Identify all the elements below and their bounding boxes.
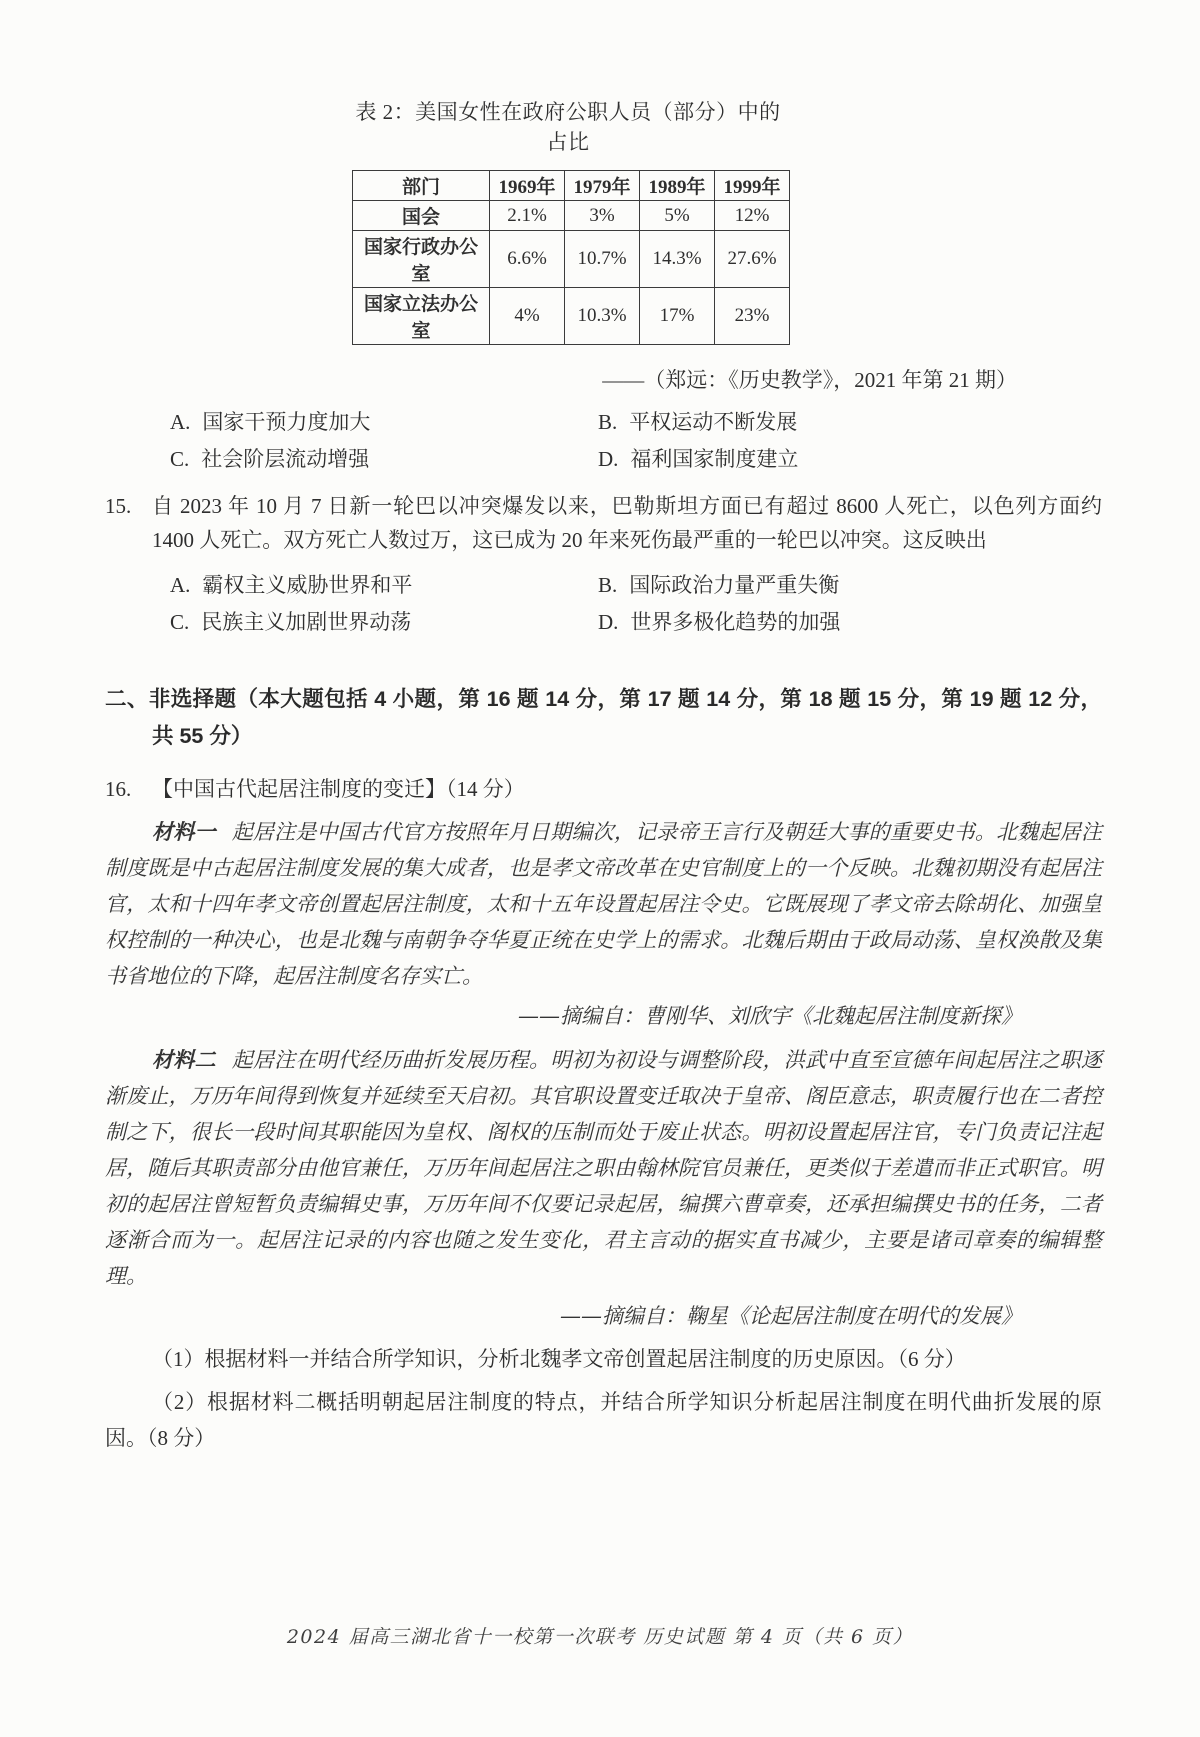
option-text: 国家干预力度加大: [202, 409, 370, 435]
option-text: 民族主义加剧世界动荡: [201, 609, 411, 635]
table-cell-label: 国家立法办公室: [353, 288, 490, 345]
q15-option-b: B. 国际政治力量严重失衡: [598, 572, 839, 598]
table-row: 国家行政办公室 6.6% 10.7% 14.3% 27.6%: [353, 231, 790, 288]
option-key: B.: [598, 572, 617, 598]
table-cell: 2.1%: [490, 201, 565, 231]
table-cell: 3%: [565, 201, 640, 231]
q14-options-row-cd: C. 社会阶层流动增强 D. 福利国家制度建立: [170, 446, 1102, 472]
table-cell: 27.6%: [715, 231, 790, 288]
q14-option-b: B. 平权运动不断发展: [598, 409, 797, 435]
table-header-dept: 部门: [353, 171, 490, 201]
question-15: 15. 自 2023 年 10 月 7 日新一轮巴以冲突爆发以来，巴勒斯坦方面已…: [105, 489, 1102, 557]
q14-option-c: C. 社会阶层流动增强: [170, 446, 598, 472]
option-key: B.: [598, 409, 617, 435]
q14-option-a: A. 国家干预力度加大: [170, 409, 598, 435]
q14-option-d: D. 福利国家制度建立: [598, 446, 798, 472]
material-1-paragraph: 材料一起居注是中国古代官方按照年月日期编次，记录帝王言行及朝廷大事的重要史书。北…: [105, 814, 1102, 994]
q15-option-a: A. 霸权主义威胁世界和平: [170, 572, 598, 598]
material-1-source-citation: ——摘编自：曹刚华、刘欣宇《北魏起居注制度新探》: [105, 998, 1102, 1034]
option-text: 社会阶层流动增强: [201, 446, 369, 472]
table-cell: 6.6%: [490, 231, 565, 288]
sub-question-2: （2）根据材料二概括明朝起居注制度的特点，并结合所学知识分析起居注制度在明代曲折…: [105, 1384, 1102, 1456]
option-key: A.: [170, 572, 190, 598]
material-2-paragraph: 材料二起居注在明代经历曲折发展历程。明初为初设与调整阶段，洪武中直至宣德年间起居…: [105, 1042, 1102, 1294]
option-key: D.: [598, 609, 618, 635]
table-cell: 17%: [640, 288, 715, 345]
material-2-text: 起居注在明代经历曲折发展历程。明初为初设与调整阶段，洪武中直至宣德年间起居注之职…: [105, 1048, 1102, 1288]
option-key: A.: [170, 409, 190, 435]
section-2-header: 二、非选择题（本大题包括 4 小题，第 16 题 14 分，第 17 题 14 …: [105, 681, 1102, 755]
table-cell: 10.3%: [565, 288, 640, 345]
table-cell-label: 国家行政办公室: [353, 231, 490, 288]
q15-options-row-ab: A. 霸权主义威胁世界和平 B. 国际政治力量严重失衡: [170, 572, 1102, 598]
option-text: 国际政治力量严重失衡: [629, 572, 839, 598]
option-text: 平权运动不断发展: [629, 409, 797, 435]
option-key: D.: [598, 446, 618, 472]
q15-options-row-cd: C. 民族主义加剧世界动荡 D. 世界多极化趋势的加强: [170, 609, 1102, 635]
material-2-label: 材料二: [152, 1047, 216, 1072]
option-text: 霸权主义威胁世界和平: [202, 572, 412, 598]
question-text: 自 2023 年 10 月 7 日新一轮巴以冲突爆发以来，巴勒斯坦方面已有超过 …: [152, 489, 1102, 557]
material-1-label: 材料一: [152, 819, 216, 844]
table-header-1989: 1989年: [640, 171, 715, 201]
table-header-1999: 1999年: [715, 171, 790, 201]
sub-question-1: （1）根据材料一并结合所学知识，分析北魏孝文帝创置起居注制度的历史原因。（6 分…: [105, 1341, 1102, 1377]
material-1-text: 起居注是中国古代官方按照年月日期编次，记录帝王言行及朝廷大事的重要史书。北魏起居…: [105, 820, 1102, 988]
table-cell: 5%: [640, 201, 715, 231]
page-footer: 2024 届高三湖北省十一校第一次联考 历史试题 第 4 页（共 6 页）: [0, 1622, 1200, 1649]
q15-option-c: C. 民族主义加剧世界动荡: [170, 609, 598, 635]
table-header-1979: 1979年: [565, 171, 640, 201]
option-text: 世界多极化趋势的加强: [630, 609, 840, 635]
statistics-table: 部门 1969年 1979年 1989年 1999年 国会 2.1% 3% 5%…: [352, 170, 790, 345]
question-number: 16.: [105, 772, 152, 806]
q14-options: A. 国家干预力度加大 B. 平权运动不断发展 C. 社会阶层流动增强 D. 福…: [105, 409, 1102, 472]
table-header-row: 部门 1969年 1979年 1989年 1999年: [353, 171, 790, 201]
q14-options-row-ab: A. 国家干预力度加大 B. 平权运动不断发展: [170, 409, 1102, 435]
q15-option-d: D. 世界多极化趋势的加强: [598, 609, 840, 635]
exam-page: 表 2：美国女性在政府公职人员（部分）中的占比 部门 1969年 1979年 1…: [0, 0, 1200, 1737]
table-cell: 14.3%: [640, 231, 715, 288]
table-cell: 4%: [490, 288, 565, 345]
q15-options: A. 霸权主义威胁世界和平 B. 国际政治力量严重失衡 C. 民族主义加剧世界动…: [105, 572, 1102, 635]
option-key: C.: [170, 609, 189, 635]
table-cell: 10.7%: [565, 231, 640, 288]
table-cell: 12%: [715, 201, 790, 231]
table-row: 国会 2.1% 3% 5% 12%: [353, 201, 790, 231]
table-cell: 23%: [715, 288, 790, 345]
question-title: 【中国古代起居注制度的变迁】（14 分）: [152, 772, 1102, 806]
material-2-source-citation: ——摘编自：鞠星《论起居注制度在明代的发展》: [105, 1298, 1102, 1334]
table-row: 国家立法办公室 4% 10.3% 17% 23%: [353, 288, 790, 345]
q14-source-citation: ——（郑远：《历史教学》，2021 年第 21 期）: [105, 364, 1102, 394]
table-cell-label: 国会: [353, 201, 490, 231]
option-key: C.: [170, 446, 189, 472]
page-content: 表 2：美国女性在政府公职人员（部分）中的占比 部门 1969年 1979年 1…: [105, 96, 1102, 1456]
table-header-1969: 1969年: [490, 171, 565, 201]
option-text: 福利国家制度建立: [630, 446, 798, 472]
question-number: 15.: [105, 489, 152, 557]
question-16: 16. 【中国古代起居注制度的变迁】（14 分）: [105, 772, 1102, 806]
table-title: 表 2：美国女性在政府公职人员（部分）中的占比: [348, 96, 788, 156]
